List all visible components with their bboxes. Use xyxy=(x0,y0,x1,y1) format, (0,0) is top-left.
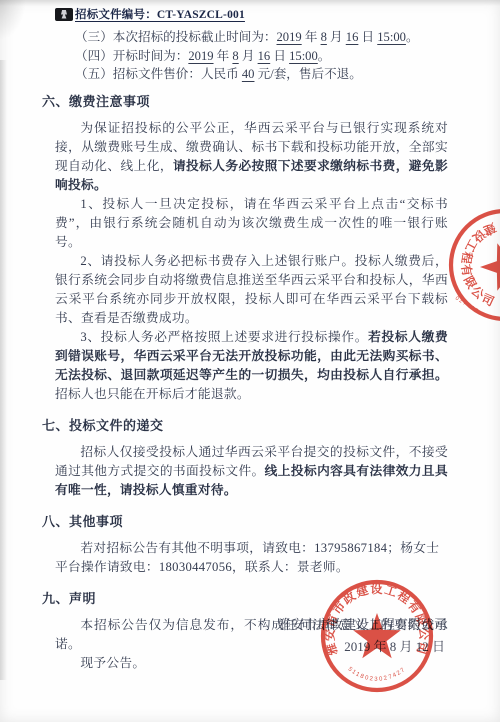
section-6-paragraph-intro: 为保证招投标的公平公正，华西云采平台与已银行实现系统对接，从缴费账号生成、缴费确… xyxy=(55,119,448,195)
issue-date: 2019 年 8 月 12 日 xyxy=(278,636,447,658)
section-7-paragraph: 招标人仅接受投标人通过华西云采平台提交的投标文件，不接受通过其他方式提交的书面投… xyxy=(55,443,448,500)
scan-artifact-corner xyxy=(0,0,26,40)
tender-clause-list: （三）本次招标的投标截止时间为：2019 年 8 月 16 日 15:00。 （… xyxy=(75,28,448,84)
section-9-heading: 九、声明 xyxy=(42,591,448,607)
issuer-company-name: 雅安市市政建设工程有限公司 xyxy=(278,614,447,636)
clause-bid-opening: （四）开标时间为：2019 年 8 月 16 日 15:00。 xyxy=(75,47,448,66)
clause-bid-deadline: （三）本次招标的投标截止时间为：2019 年 8 月 16 日 15:00。 xyxy=(75,28,448,47)
partial-seal-ring-text: 建设工程有限公司 xyxy=(458,220,498,310)
section-8-heading: 八、其他事项 xyxy=(42,514,448,530)
doc-number: 招标文件编号：CT-YASZCL-001 xyxy=(75,6,245,22)
partial-seal-star-icon xyxy=(480,243,500,291)
partial-seal-code-text: 027427 xyxy=(454,296,480,315)
section-6-item-3: 3、投标人务必严格按照上述要求进行投标操作。若投标人缴费到错误账号，华西云采平台… xyxy=(55,328,448,404)
section-7-heading: 七、投标文件的递交 xyxy=(42,418,448,434)
svg-text:建设工程有限公司: 建设工程有限公司 xyxy=(458,220,498,310)
partial-seal-stamp: 建设工程有限公司 027427 xyxy=(445,205,500,325)
section-6-item-2: 2、请投标人务必把标书费存入上述银行账户。投标人缴费后，银行系统会同步自动将缴费… xyxy=(55,252,448,328)
publisher-logo-icon xyxy=(55,8,73,21)
signature-block: 雅安市市政建设工程有限公司 2019 年 8 月 12 日 xyxy=(278,614,447,658)
document-page: 招标文件编号：CT-YASZCL-001 （三）本次招标的投标截止时间为：201… xyxy=(0,0,500,722)
clause-document-price: （五）招标文件售价：人民币 40 元/套，售后不退。 xyxy=(75,65,448,84)
section-8-paragraph: 若对招标公告有其他不明事项，请致电：13795867184；杨女士平台操作请致电… xyxy=(55,539,448,577)
document-content: 招标文件编号：CT-YASZCL-001 （三）本次招标的投标截止时间为：201… xyxy=(55,5,448,673)
doc-header: 招标文件编号：CT-YASZCL-001 xyxy=(55,5,448,23)
section-6-item-1: 1、投标人一旦决定投标，请在华西云采平台上点击“交标书费”，由银行系统会随机自动… xyxy=(55,195,448,252)
scan-artifact-left-streak xyxy=(0,60,7,680)
section-6-heading: 六、缴费注意事项 xyxy=(42,94,448,110)
